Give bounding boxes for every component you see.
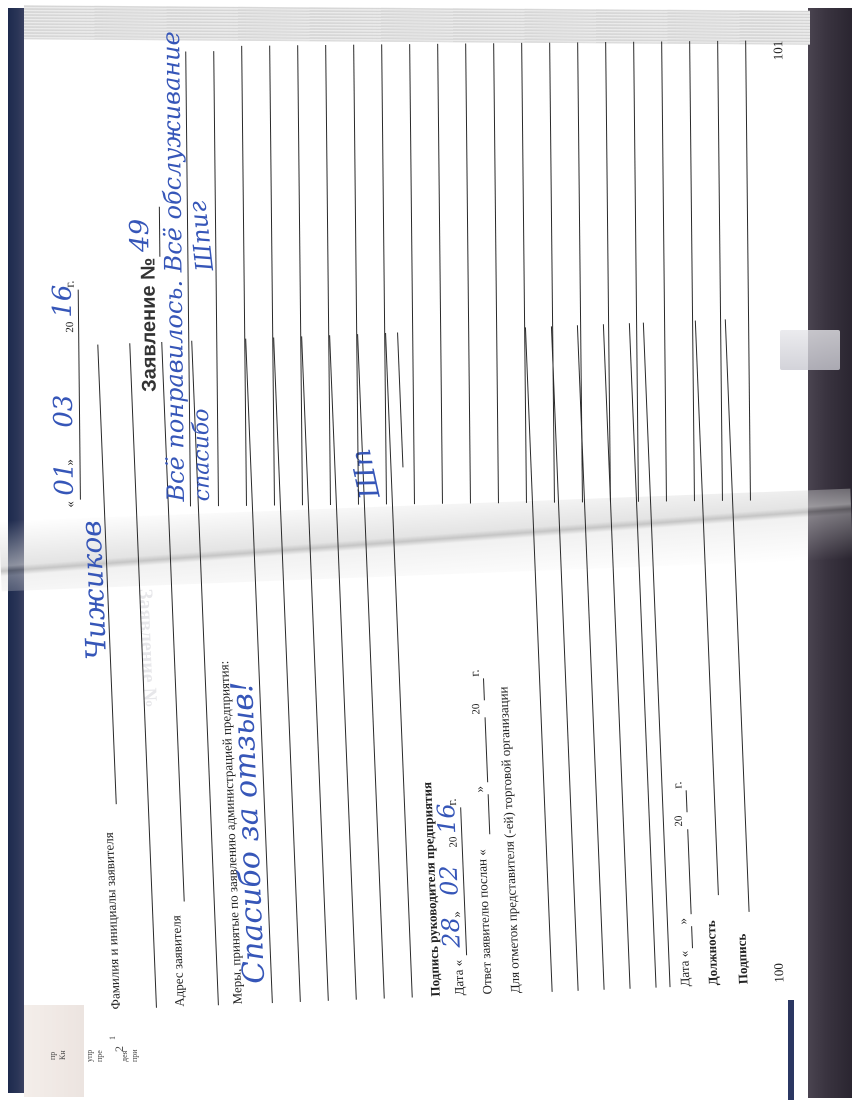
- edge-text: пре: [95, 1050, 104, 1062]
- reply-sent-quote: »: [471, 786, 487, 793]
- book-cover-strip: [788, 1000, 794, 1100]
- page-101: « 01 » 03 20 16 г. Заявление № 49 Всё по…: [35, 30, 800, 508]
- rep-date-year-prefix: 20: [673, 815, 685, 826]
- application-line: [577, 42, 583, 502]
- application-line: [605, 42, 611, 502]
- application-date-year: 16: [48, 284, 78, 317]
- edge-text: при: [130, 1049, 139, 1062]
- application-title: Заявление №: [137, 257, 161, 392]
- rep-date-label: Дата «: [676, 951, 693, 987]
- position-label: Должность: [703, 920, 722, 986]
- application-line: [437, 44, 443, 504]
- date-open-quote: «: [62, 501, 78, 508]
- date-month: 02: [434, 865, 463, 897]
- application-line: [297, 45, 303, 505]
- application-date-year-suffix: г.: [62, 280, 78, 287]
- application-line: [381, 44, 387, 504]
- application-line: [409, 44, 415, 504]
- date-year-prefix: 20: [447, 836, 459, 847]
- rep-date-year-suffix: г.: [669, 781, 685, 789]
- application-line: [661, 41, 667, 501]
- application-line: [549, 43, 555, 503]
- application-line: [269, 46, 275, 506]
- rep-date-quote: »: [675, 918, 691, 925]
- application-date-day: 01: [50, 462, 80, 495]
- edge-text: дея: [120, 1051, 129, 1062]
- edge-text: 1: [108, 1036, 117, 1040]
- signature-label: Подпись: [733, 933, 751, 984]
- edge-text: пр: [48, 1052, 57, 1060]
- date-label: Дата «: [450, 960, 467, 996]
- date-row: Дата « 28 » 02 20 16 г.: [440, 695, 472, 996]
- application-line: [633, 42, 639, 502]
- date-year-suffix: г.: [444, 798, 460, 806]
- applicant-name-label: Фамилия и инициалы заявителя: [101, 832, 124, 1010]
- reply-sent-year-suffix: г.: [467, 669, 483, 677]
- rep-notes-label: Для отметок представителя (-ей) торговой…: [495, 686, 523, 993]
- rep-date-row: Дата « » 20 г.: [665, 686, 697, 987]
- reply-sent-label: Ответ заявителю послан «: [474, 849, 496, 995]
- application-line: [521, 43, 527, 503]
- applicant-address-label: Адрес заявителя: [168, 915, 188, 1007]
- application-line: [353, 45, 359, 505]
- date-close-quote: »: [61, 459, 77, 466]
- application-line: [241, 46, 247, 506]
- date-year: 16: [432, 803, 461, 835]
- application-line: [717, 41, 723, 501]
- book-scan: пр Кн упр пре 1 дея при 2 Заявление № Фа…: [0, 0, 852, 1100]
- applicant-name-value: Чижиков: [74, 520, 113, 661]
- show-through-text: Заявление №: [133, 588, 161, 708]
- application-date-row: « 01 » 03 20 16 г.: [51, 208, 84, 508]
- applicant-signature: Шпиг: [183, 199, 219, 272]
- reply-sent-year-prefix: 20: [470, 703, 482, 714]
- edge-text: Кн: [58, 1050, 67, 1060]
- page-number-left: 100: [771, 963, 788, 983]
- date-day: 28: [437, 917, 466, 949]
- application-line: [325, 45, 331, 505]
- page-number-right: 101: [770, 41, 786, 61]
- application-line: [745, 41, 751, 501]
- application-number: 49: [125, 219, 155, 252]
- application-date-month: 03: [49, 394, 79, 427]
- page-100: Заявление № Фамилия и инициалы заявителя…: [81, 513, 789, 1010]
- edge-page-number: 2: [112, 1046, 127, 1052]
- application-date-year-prefix: 20: [64, 322, 76, 333]
- edge-text: упр: [85, 1050, 94, 1062]
- application-text-line-2: спасибо: [189, 408, 215, 501]
- application-line: [689, 41, 695, 501]
- application-line: [465, 44, 471, 504]
- application-line: [493, 43, 499, 503]
